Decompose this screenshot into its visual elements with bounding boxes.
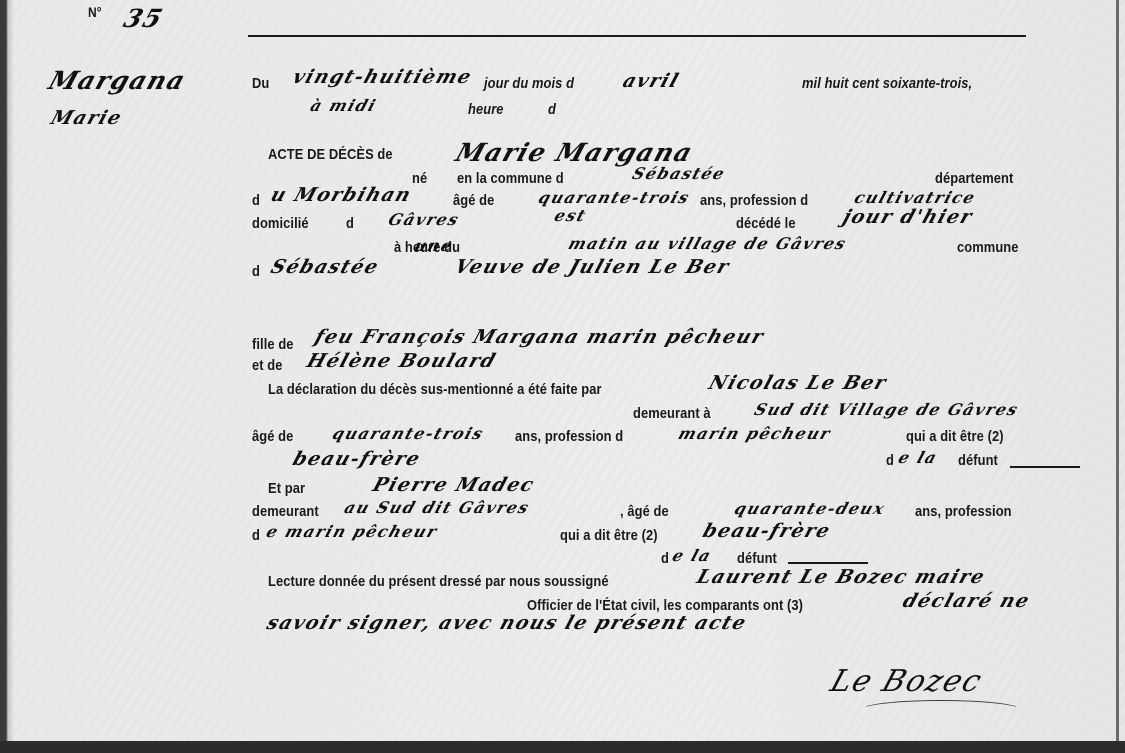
field-declarant-1: Nicolas Le Ber [706,372,890,394]
page-edge [1116,0,1119,741]
label-d-dept: d [252,192,260,209]
field-mother: Hélène Boulard [304,350,499,372]
record-number-label: N° [88,4,102,20]
label-defunt-2: défunt [737,550,777,567]
label-decede-le: décédé le [736,215,796,232]
margin-surname: Margana [45,66,190,95]
label-qui-a-dit-etre-1: qui a dit être (2) [906,428,1004,445]
margin-given-name: Marie [48,107,125,129]
field-father: feu François Margana marin pêcheur [312,326,767,348]
label-fille-de: fille de [252,336,294,353]
label-d-profession-3: d [252,527,260,544]
label-year: mil huit cent soixante-trois, [802,75,972,92]
label-d-defunt-2: d [661,550,669,567]
label-domicilie: domicilié [252,215,309,232]
viewer-bottom-bar [0,741,1125,753]
field-birth-commune: Sébastée [630,164,728,183]
label-defunt-1: défunt [958,452,998,469]
field-declarant-2-profession: e marin pêcheur [264,522,440,541]
field-hour: à midi [308,96,379,115]
record-number: 35 [120,4,167,33]
field-declared: déclaré ne [900,590,1033,612]
label-demeurant-2: demeurant [252,503,319,520]
label-heure: heure [468,101,504,118]
field-declarant-1-age: quarante-trois [330,424,487,443]
label-jour-du-mois: jour du mois d [484,75,574,92]
field-cannot-sign: savoir signer, avec nous le présent acte [264,612,750,634]
officer-signature: Le Bozec [826,664,987,699]
field-declarant-1-relation: beau-frère [290,448,424,470]
field-declarant-2-de-la: e la [670,546,714,565]
label-lecture: Lecture donnée du présent dressé par nou… [268,573,609,590]
defunt-1-rule [1010,466,1080,468]
label-ans-profession-2: ans, profession d [515,428,623,445]
field-death-commune: Sébastée [268,256,382,278]
document-scan: N° 35 Margana Marie Du vingt-huitième jo… [0,0,1125,741]
field-declarant-2-relation: beau-frère [700,520,834,542]
field-declarant-2: Pierre Madec [370,474,538,496]
acte-title: ACTE DE DÉCÈS de [268,146,393,163]
field-est: est [552,206,589,225]
field-declarant-1-de-la: e la [896,448,940,467]
field-profession: cultivatrice [852,188,979,207]
label-commune: commune [957,239,1019,256]
label-ans-profession: ans, profession d [700,192,808,209]
label-d-domicile: d [346,215,354,232]
label-ans-profession-3: ans, profession [915,503,1012,520]
field-officer-name: Laurent Le Bozec maire [694,566,989,588]
label-age-2: âgé de [252,428,293,445]
field-deceased-name: Marie Margana [452,138,697,167]
field-month: avril [620,70,682,92]
field-day: vingt-huitième [290,66,475,88]
label-declaration: La déclaration du décès sus-mentionné a … [268,381,602,398]
field-declarant-1-profession: marin pêcheur [676,424,834,443]
label-departement: département [935,170,1013,187]
field-declarant-1-address: Sud dit Village de Gâvres [752,400,1021,419]
label-qui-a-dit-etre-2: qui a dit être (2) [560,527,658,544]
field-declarant-2-address: au Sud dit Gâvres [342,498,532,517]
field-birth-dept: u Morbihan [268,184,415,206]
label-d: d [548,101,556,118]
label-demeurant-a: demeurant à [633,405,711,422]
field-death-hour: une [412,236,456,255]
field-death-place: matin au village de Gâvres [566,234,849,253]
label-age: âgé de [453,192,494,209]
defunt-2-rule [788,562,868,564]
field-declarant-2-age: quarante-deux [732,499,888,518]
header-rule [248,35,1026,37]
label-du: Du [252,75,269,92]
label-en-la-commune: en la commune d [457,170,564,187]
field-domicile: Gâvres [386,210,462,229]
signature-flourish [860,700,1022,720]
field-age: quarante-trois [536,188,693,207]
field-death-date: jour d'hier [840,206,976,228]
label-de-commune: d [252,263,260,280]
label-d-defunt-1: d [886,452,894,469]
field-widow-of: Veuve de Julien Le Ber [452,256,733,278]
label-et-par: Et par [268,480,305,497]
label-et-de: et de [252,357,283,374]
label-age-3: , âgé de [620,503,669,520]
